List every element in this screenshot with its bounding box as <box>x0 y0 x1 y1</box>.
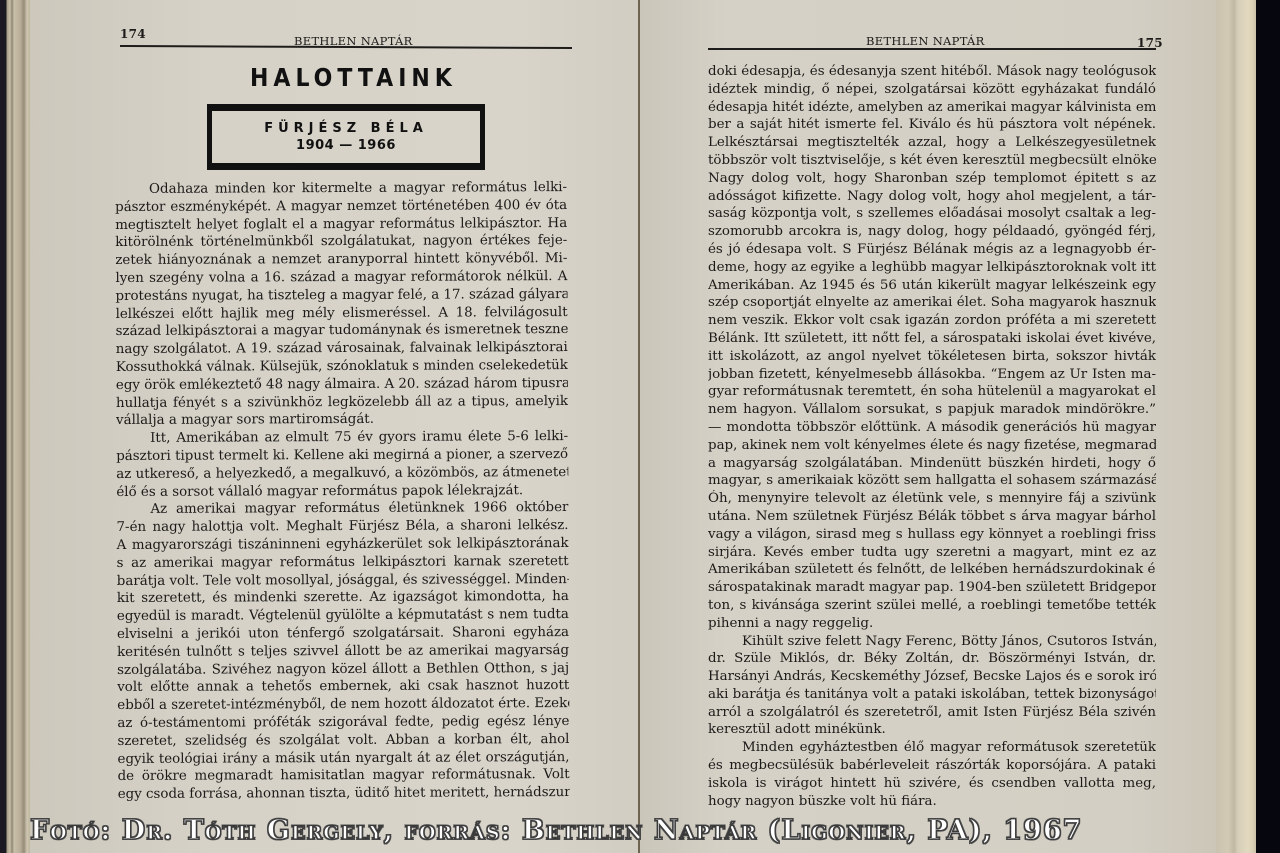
running-head-right: BETHLEN NAPTÁR <box>866 34 985 48</box>
text-line: Itt, Amerikában az elmult 75 év gyors ir… <box>116 428 568 448</box>
text-line: pásztori tipust termelt ki. Kellene aki … <box>116 446 568 466</box>
text-line: Amerikában született és felnőtt, de lelk… <box>708 561 1156 579</box>
text-line: Az amerikai magyar református életünknek… <box>116 499 568 519</box>
text-line: arról a szolgálatról és szeretetről, ami… <box>708 704 1156 722</box>
text-line: hullatja fényét s a szivünkhöz legközele… <box>116 393 568 413</box>
text-line: aki barátja és tanitánya volt a pataki i… <box>708 686 1156 704</box>
book-edge-left <box>0 0 30 853</box>
text-line: sárospatakinak maradt magyar pap. 1904-b… <box>708 579 1156 597</box>
deceased-name: FÜRJÉSZ BÉLA <box>212 121 480 136</box>
text-line: megtisztelt helyet foglalt el a magyar r… <box>115 215 567 235</box>
text-line: zetek hiányoznának a nemzet aranyporral … <box>115 250 567 270</box>
text-line: 7-én nagy halottja volt. Meghalt Fürjész… <box>116 517 568 537</box>
text-line: és megbecsülésük babérleveleit rászórták… <box>708 757 1156 775</box>
text-line: lyen szegény volna a 16. század a magyar… <box>115 268 567 288</box>
text-line: de örökre megmaradt hamisitatlan magyar … <box>118 766 570 786</box>
text-line: iskola is virágot hintett hü szivére, és… <box>708 775 1156 793</box>
text-line: deme, hogy az egyike a leghübb magyar le… <box>708 259 1156 277</box>
text-line: szeretet, szelidség és szolgálat volt. A… <box>117 731 569 751</box>
text-line: nagy szolgálatot. A 19. század városaina… <box>116 339 568 359</box>
text-line: szomorubb arcokra is, nagy dolog, hogy p… <box>708 223 1156 241</box>
text-line: ton, s kivánsága szerint szülei mellé, a… <box>708 597 1156 615</box>
text-line: sirjára. Kevés ember tudta ugy szeretni … <box>708 544 1156 562</box>
text-line: az utkereső, a helyezkedő, a megalkuvó, … <box>116 464 568 484</box>
text-line: nem veszik. Ekkor volt csak igazán zordo… <box>708 312 1156 330</box>
right-page-body: doki édesapja, és édesanyja szent hitébő… <box>708 63 1156 810</box>
text-line: volt előtte annak a tehetős embernek, ak… <box>117 677 569 697</box>
text-line: pásztor eszményképét. A magyar nemzet tö… <box>115 197 567 217</box>
text-line: egyedül is maradt. Végtelenül gyülölte a… <box>117 606 569 626</box>
text-line: barátja volt. Tele volt mosollyal, jóság… <box>117 571 569 591</box>
book-edge-right <box>1216 0 1256 853</box>
text-line: protestáns nyugat, ha tiszteleg a magyar… <box>115 286 567 306</box>
text-line: A magyarországi tiszáninneni egyházkerül… <box>117 535 569 555</box>
text-line: elviselni a jerikói uton ténfergő szolga… <box>117 624 569 644</box>
text-line: itt iskolázott, az angol nyelvet tökélet… <box>708 348 1156 366</box>
text-line: saság központja volt, s szellemes előadá… <box>708 205 1156 223</box>
text-line: hogy nagyon büszke volt hü fiára. <box>708 793 1156 811</box>
text-line: kit szeretett, és mindenki szerette. Az … <box>117 588 569 608</box>
text-line: kitörölnénk történelmünkből szolgálatuka… <box>115 232 567 252</box>
background <box>1256 0 1280 853</box>
text-line: egyik teológiai irány a másik után nyarg… <box>117 749 569 769</box>
deceased-years: 1904 — 1966 <box>212 138 480 153</box>
text-line: Kossuthokká válnak. Külsejük, szónoklatu… <box>116 357 568 377</box>
text-line: utána. Nem születnek Fürjész Bélák többe… <box>708 508 1156 526</box>
section-title: HALOTTAINK <box>250 64 450 93</box>
text-line: Bélánk. Itt született, itt nőtt fel, a s… <box>708 330 1156 348</box>
text-line: pihenni a nagy reggelig. <box>708 615 1156 633</box>
text-line: keritésén tulnőtt s teljes szivvel állot… <box>117 642 569 662</box>
text-line: nem hagyon. Vállalom sorsukat, s papjuk … <box>708 401 1156 419</box>
text-line: jobban fizetett, kényelmesebb állásokba.… <box>708 366 1156 384</box>
page-number-left: 174 <box>120 27 146 41</box>
text-line: század lelkipásztorai a magyar tudományn… <box>116 321 568 341</box>
text-line: Kihült szive felett Nagy Ferenc, Bötty J… <box>708 633 1156 651</box>
text-line: vállalja a magyar sors martiromságát. <box>116 410 568 430</box>
text-line: keresztül adott minékünk. <box>708 721 1156 739</box>
text-line: Óh, menynyire televolt az életünk vele, … <box>708 490 1156 508</box>
header-rule-right <box>708 48 1156 50</box>
text-line: többször volt tisztviselője, s két éven … <box>708 152 1156 170</box>
text-line: Harsányi András, Kecskeméthy József, Bec… <box>708 668 1156 686</box>
text-line: ebből a szeretet-intézményből, de nem ho… <box>117 695 569 715</box>
text-line: dr. Szüle Miklós, dr. Béky Zoltán, dr. B… <box>708 650 1156 668</box>
text-line: ber a saját hitét ismerte fel. Kiválo és… <box>708 116 1156 134</box>
text-line: Minden egyháztestben élő magyar reformát… <box>708 739 1156 757</box>
text-line: szolgálatába. Szivéhez nagyon közel állo… <box>117 660 569 680</box>
obituary-name-box: FÜRJÉSZ BÉLA 1904 — 1966 <box>207 104 485 170</box>
text-line: — mondotta többször előttünk. A második … <box>708 419 1156 437</box>
text-line: gyar reformátusnak teremtett, én soha hü… <box>708 383 1156 401</box>
text-line: Odahaza minden kor kitermelte a magyar r… <box>115 179 567 199</box>
text-line: egy csoda forrása, ahonnan tiszta, üditő… <box>118 784 570 804</box>
text-line: az ó-testámentomi próféták szigorával fe… <box>117 713 569 733</box>
text-line: szép csoportját elnyelte az amerikai éle… <box>708 294 1156 312</box>
text-line: Amerikában. Az 1945 és 56 után kikerült … <box>708 277 1156 295</box>
text-line: idéztek mindig, ő népei, szolgatársai kö… <box>708 81 1156 99</box>
text-line: Nagy dolog volt, hogy Sharonban szép tem… <box>708 170 1156 188</box>
text-line: élő és a sorsot vállaló magyar reformátu… <box>116 482 568 502</box>
text-line: lelkészei előtt hajlik meg mély elismeré… <box>116 304 568 324</box>
text-line: a magyarság szolgálatában. Mindenütt büs… <box>708 455 1156 473</box>
photo-credit-caption: Fotó: Dr. Tóth Gergely, forrás: Bethlen … <box>30 815 1260 849</box>
text-line: Lelkésztársai megtisztelték azzal, hogy … <box>708 134 1156 152</box>
text-line: édesapja hitét idézte, amelyben az ameri… <box>708 99 1156 117</box>
left-page-body: Odahaza minden kor kitermelte a magyar r… <box>115 179 570 804</box>
text-line: pap, akinek nem volt kényelmes élete és … <box>708 437 1156 455</box>
text-line: egy örök emlékeztető 48 nagy álmaira. A … <box>116 375 568 395</box>
text-line: doki édesapja, és édesanyja szent hitébő… <box>708 63 1156 81</box>
text-line: magyar, s amerikaiak között sem hallgatt… <box>708 472 1156 490</box>
text-line: s az amerikai magyar református lelkipás… <box>117 553 569 573</box>
text-line: vagy a világon, sirasd meg s hullass egy… <box>708 526 1156 544</box>
text-line: adósságot kifizette. Nagy dolog volt, ho… <box>708 188 1156 206</box>
text-line: és jó édesapa volt. S Fürjész Bélának mé… <box>708 241 1156 259</box>
